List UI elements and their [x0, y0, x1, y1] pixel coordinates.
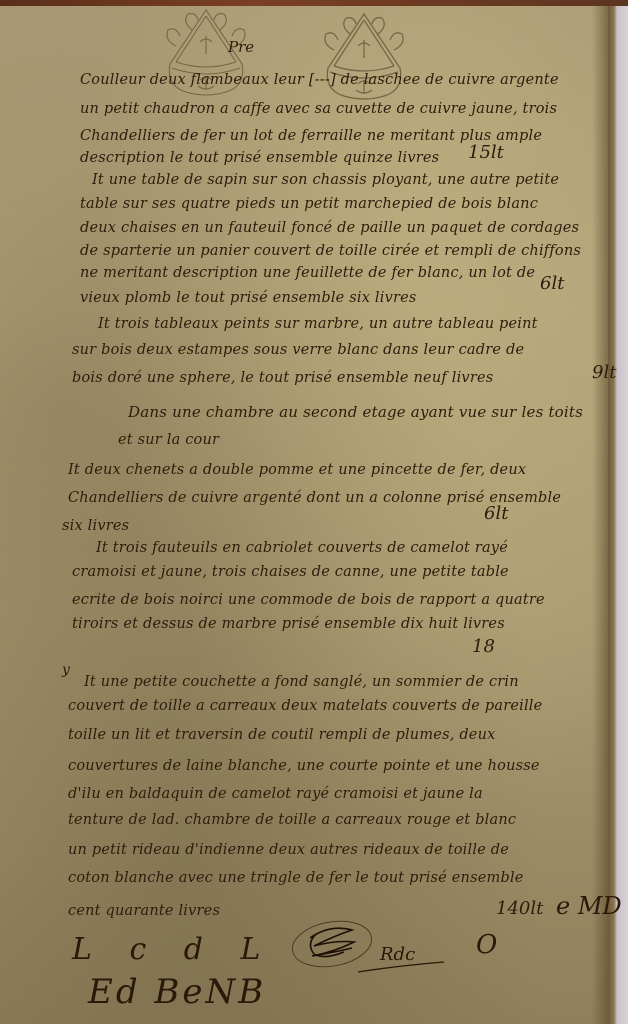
text-line: couvertures de laine blanche, une courte…: [68, 758, 540, 774]
signature-mark-o: O: [476, 930, 497, 960]
text-line: toille un lit et traversin de coutil rem…: [68, 727, 496, 743]
amount: 18: [472, 636, 495, 657]
amount: 9lt: [592, 362, 616, 383]
text-line: cent quarante livres: [68, 903, 220, 919]
text-line: sur bois deux estampes sous verre blanc …: [72, 342, 524, 358]
tax-stamp-right: [320, 10, 408, 102]
margin-note: y: [62, 662, 70, 678]
fleur-de-lis-stamp-icon: [320, 10, 408, 102]
amount-initials: e MD: [556, 892, 622, 920]
signature-name: Ed BeNB: [88, 972, 266, 1012]
text-line: d'ilu en baldaquin de camelot rayé cramo…: [68, 786, 483, 802]
text-line: It une petite couchette a fond sanglé, u…: [84, 674, 519, 690]
text-line: Coulleur deux flambeaux leur [---] de la…: [80, 72, 559, 88]
binding-edge: [0, 0, 628, 6]
text-line: It trois tableaux peints sur marbre, un …: [98, 316, 538, 332]
text-line: deux chaises en un fauteuil foncé de pai…: [80, 220, 579, 236]
rdc-underline: [356, 960, 446, 976]
text-line: table sur ses quatre pieds un petit marc…: [80, 196, 538, 212]
text-line: et sur la cour: [118, 432, 219, 448]
text-line: tenture de lad. chambre de toille a carr…: [68, 812, 516, 828]
text-line: de sparterie un panier couvert de toille…: [80, 243, 581, 259]
text-line: six livres: [62, 518, 129, 534]
amount: 6lt: [540, 273, 564, 294]
text-line: un petit chaudron a caffe avec sa cuvett…: [80, 101, 557, 117]
amount: 140lt: [496, 898, 543, 919]
next-page-edge: [608, 0, 628, 1024]
text-line: un petit rideau d'indienne deux autres r…: [68, 842, 509, 858]
text-line: vieux plomb le tout prisé ensemble six l…: [80, 290, 417, 306]
text-line: It une table de sapin sur son chassis pl…: [92, 172, 559, 188]
stamp-annotation: Pre: [228, 38, 254, 56]
text-line: description le tout prisé ensemble quinz…: [80, 150, 439, 166]
section-heading: Dans une chambre au second etage ayant v…: [128, 403, 583, 421]
text-line: coton blanche avec une tringle de fer le…: [68, 870, 524, 886]
signature-initials: L c d L: [72, 932, 274, 967]
text-line: ne meritant description une feuillette d…: [80, 265, 535, 281]
amount: 6lt: [484, 503, 508, 524]
text-line: bois doré une sphere, le tout prisé ense…: [72, 370, 493, 386]
text-line: couvert de toille a carreaux deux matela…: [68, 698, 542, 714]
text-line: It deux chenets a double pomme et une pi…: [68, 462, 526, 478]
text-line: tiroirs et dessus de marbre prisé ensemb…: [72, 616, 505, 632]
text-line: ecrite de bois noirci une commode de boi…: [72, 592, 545, 608]
text-line: cramoisi et jaune, trois chaises de cann…: [72, 564, 509, 580]
amount: 15lt: [468, 142, 504, 163]
text-line: It trois fauteuils en cabriolet couverts…: [96, 540, 508, 556]
